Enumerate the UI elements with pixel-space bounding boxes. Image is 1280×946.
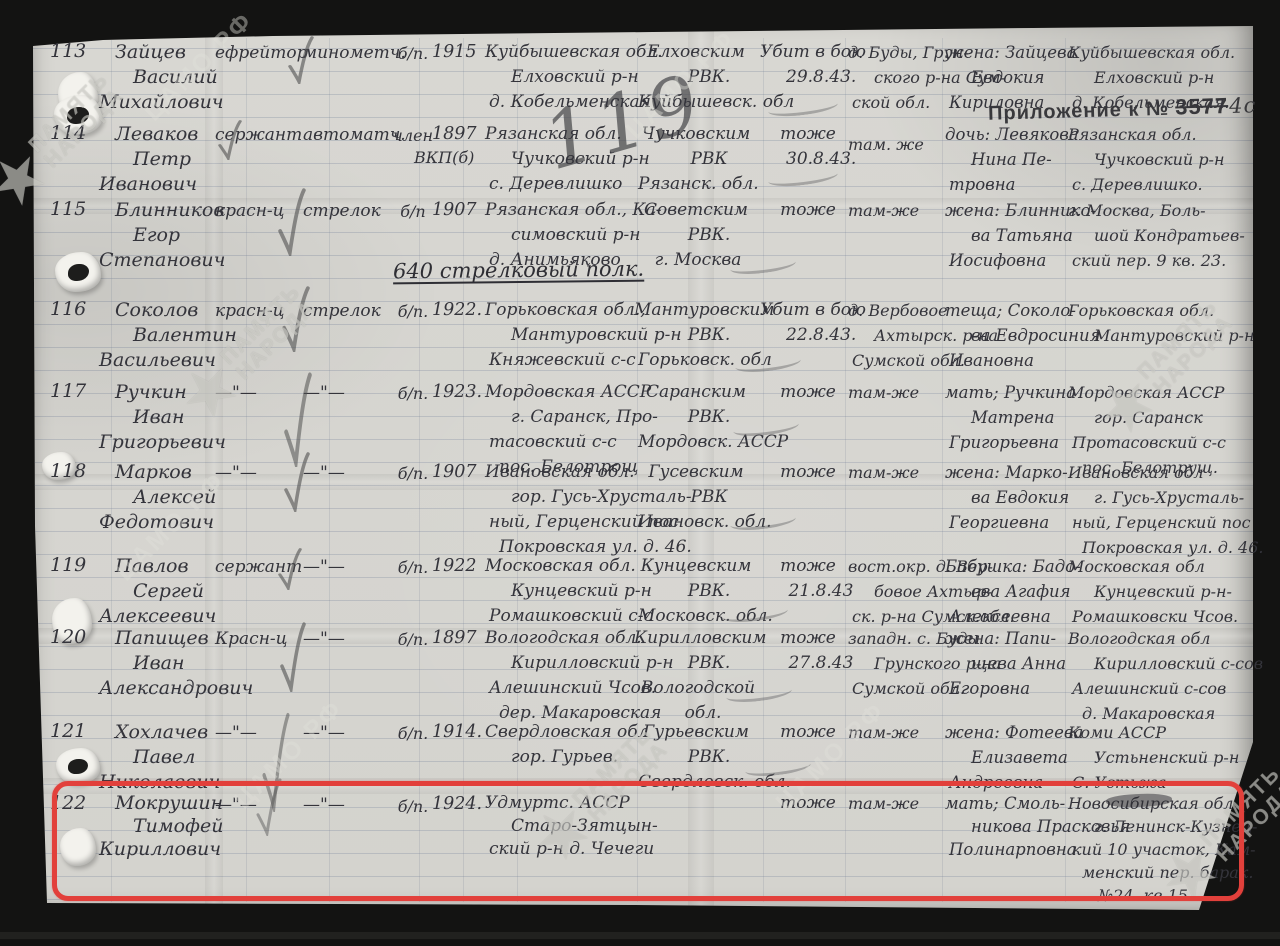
burial-cell: д. Буды, Грун-ского р-на Сум-ской обл. xyxy=(848,40,954,115)
specialty-cell: —"— xyxy=(303,723,389,743)
row-number: 115 xyxy=(50,198,94,220)
party-cell: б/п. xyxy=(388,723,438,745)
specialty-cell: —"— xyxy=(303,557,389,577)
soldier-name: ПапищевИванАлександрович xyxy=(95,626,223,701)
relative-cell: мать; РучкинаМатренаГригорьевна xyxy=(945,380,1071,455)
birthplace-cell: Московская обл.Кунцевский р-нРомашковски… xyxy=(485,554,639,629)
row-number: 117 xyxy=(50,380,94,402)
pencil-checkmark xyxy=(282,286,310,352)
party-cell: б/п. xyxy=(388,557,438,579)
relative-cell: жена: Папи-щева АннаЕгоровна xyxy=(945,626,1071,701)
row-number: 120 xyxy=(50,626,94,648)
birthplace-cell: Горьковская обл.,Мантуровский р-нКняжевс… xyxy=(485,298,639,373)
party-cell: б/п xyxy=(388,201,438,223)
birth-year: 1922 xyxy=(432,556,490,576)
casualty-cell: тоже xyxy=(760,720,856,745)
row-number: 119 xyxy=(50,554,94,576)
specialty-cell: стрелок xyxy=(303,301,389,321)
party-cell: б/п. xyxy=(388,43,438,65)
relative-address-cell: Московская облКунцевский р-н-Ромашковски… xyxy=(1068,554,1248,629)
draft-office-cell: ЧучковскимРВКРязанск. обл. xyxy=(634,122,758,197)
birthplace-cell: Куйбышевская обл.Елховский р-нд. Кобельм… xyxy=(485,40,639,115)
party-cell: б/п. xyxy=(388,383,438,405)
birth-year: 1907 xyxy=(432,200,490,220)
row-number: 121 xyxy=(50,720,94,742)
casualty-cell: тоже21.8.43 xyxy=(760,554,856,604)
soldier-name: ЗайцевВасилийМихайлович xyxy=(95,40,223,115)
relative-cell: жена: Марко-ва ЕвдокияГеоргиевна xyxy=(945,460,1071,535)
draft-office-cell: СаранскимРВК.Мордовск. АССР xyxy=(634,380,758,455)
birthplace-cell: Рязанская обл., Ка-симовский р-нд. Анимь… xyxy=(485,198,639,273)
relative-cell: Бабушка: Бадо-ева АгафияАлексеевна xyxy=(945,554,1071,629)
pencil-checkmark xyxy=(278,548,302,590)
relative-cell: теща; Соколо-ва ЕвдросинияИвановна xyxy=(945,298,1071,373)
draft-office-cell: ЕлховскимРВК.Куйбышевск. обл xyxy=(634,40,758,115)
casualty-cell: тоже xyxy=(760,198,856,223)
casualty-cell: Убит в бою22.8.43. xyxy=(760,298,856,348)
party-cell: б/п. xyxy=(388,629,438,651)
birthplace-cell: Рязанская обл.Чучковский р-нс. Деревлишк… xyxy=(485,122,639,197)
casualty-cell: тоже27.8.43 xyxy=(760,626,856,676)
relative-cell: дочь: ЛевяковаНина Пе-тровна xyxy=(945,122,1071,197)
birth-year: 1922. xyxy=(432,300,490,320)
party-cell: б/п. xyxy=(388,301,438,323)
highlight-box-row-122 xyxy=(52,781,1244,901)
casualty-cell: тоже30.8.43. xyxy=(760,122,856,172)
birth-year: 1897 xyxy=(432,628,490,648)
party-cell: б/п. xyxy=(388,463,438,485)
birth-year: 1897 xyxy=(432,124,490,144)
specialty-cell: —"— xyxy=(303,463,389,483)
pencil-checkmark xyxy=(288,36,314,84)
soldier-name: БлинниковЕгорСтепанович xyxy=(95,198,223,273)
pencil-checkmark xyxy=(284,452,310,512)
casualty-cell: тоже xyxy=(760,380,856,405)
relative-address-cell: Горьковская обл.Мантуровский р-н xyxy=(1068,298,1248,348)
birthplace-cell: Ивановская обл.гор. Гусь-Хрусталь-ный, Г… xyxy=(485,460,639,560)
birth-year: 1914. xyxy=(432,722,490,742)
relative-address-cell: г. Москва, Боль-шой Кондратьев-ский пер.… xyxy=(1068,198,1248,273)
scanner-strip xyxy=(0,932,1280,939)
specialty-cell: автоматч. xyxy=(303,125,389,145)
birthplace-cell: Вологодская обл.Кирилловский р-нАлешинск… xyxy=(485,626,639,726)
specialty-cell: —"— xyxy=(303,629,389,649)
soldier-name: РучкинИванГригорьевич xyxy=(95,380,223,455)
relative-address-cell: Рязанская обл.Чучковский р-нс. Деревлишк… xyxy=(1068,122,1248,197)
burial-cell: там-же xyxy=(848,380,954,405)
relative-address-cell: Куйбышевская обл.Елховский р-нд. Кобельм… xyxy=(1068,40,1248,115)
row-number: 114 xyxy=(50,122,94,144)
soldier-name: СоколовВалентинВасильевич xyxy=(95,298,223,373)
soldier-name: ПавловСергейАлексеевич xyxy=(95,554,223,629)
scan-background: { "page": { "stamp": {"prefix": "Приложе… xyxy=(0,0,1280,946)
pencil-checkmark xyxy=(218,120,242,160)
casualty-cell: тоже xyxy=(760,460,856,485)
party-cell: членВКП(б) xyxy=(388,125,438,169)
row-number: 118 xyxy=(50,460,94,482)
row-number: 116 xyxy=(50,298,94,320)
pencil-checkmark xyxy=(280,622,306,692)
burial-cell: там-же xyxy=(848,198,954,223)
punch-hole xyxy=(56,748,100,784)
burial-cell: вост.окр. д. Вер-бовое Ахтыр-ск. р-на Су… xyxy=(848,554,954,629)
birth-year: 1907 xyxy=(432,462,490,482)
specialty-cell: —"— xyxy=(303,383,389,403)
draft-office-cell: КирилловскимРВК.Вологодскойобл. xyxy=(634,626,758,726)
burial-cell: западн. с. БудыГрунского р-наСумской обл… xyxy=(848,626,954,701)
casualty-cell: Убит в бою29.8.43. xyxy=(760,40,856,90)
relative-address-cell: Вологодская облКирилловский с-совАлешинс… xyxy=(1068,626,1248,726)
relative-cell: жена: Блиннико-ва ТатьянаИосифовна xyxy=(945,198,1071,273)
pencil-checkmark xyxy=(278,188,306,256)
burial-cell: там-же xyxy=(848,460,954,485)
specialty-cell: стрелок xyxy=(303,201,389,221)
soldier-name: МарковАлексейФедотович xyxy=(95,460,223,535)
burial-cell: д. ВербовоеАхтырск. р-наСумской обл. xyxy=(848,298,954,373)
burial-cell: там. же xyxy=(848,132,954,157)
row-number: 113 xyxy=(50,40,94,62)
relative-address-cell: Ивановская облг. Гусь-Хрусталь-ный, Герц… xyxy=(1068,460,1248,560)
birth-year: 1915 xyxy=(432,42,490,62)
relative-cell: жена: ЗайцеваЕвдокияКириловна xyxy=(945,40,1071,115)
birthplace-cell: Свердловская облгор. Гурьев. xyxy=(485,720,639,770)
birth-year: 1923. xyxy=(432,382,490,402)
burial-cell: там-же xyxy=(848,720,954,745)
soldier-name: ЛеваковПетрИванович xyxy=(95,122,223,197)
specialty-cell: минометч. xyxy=(303,43,389,63)
